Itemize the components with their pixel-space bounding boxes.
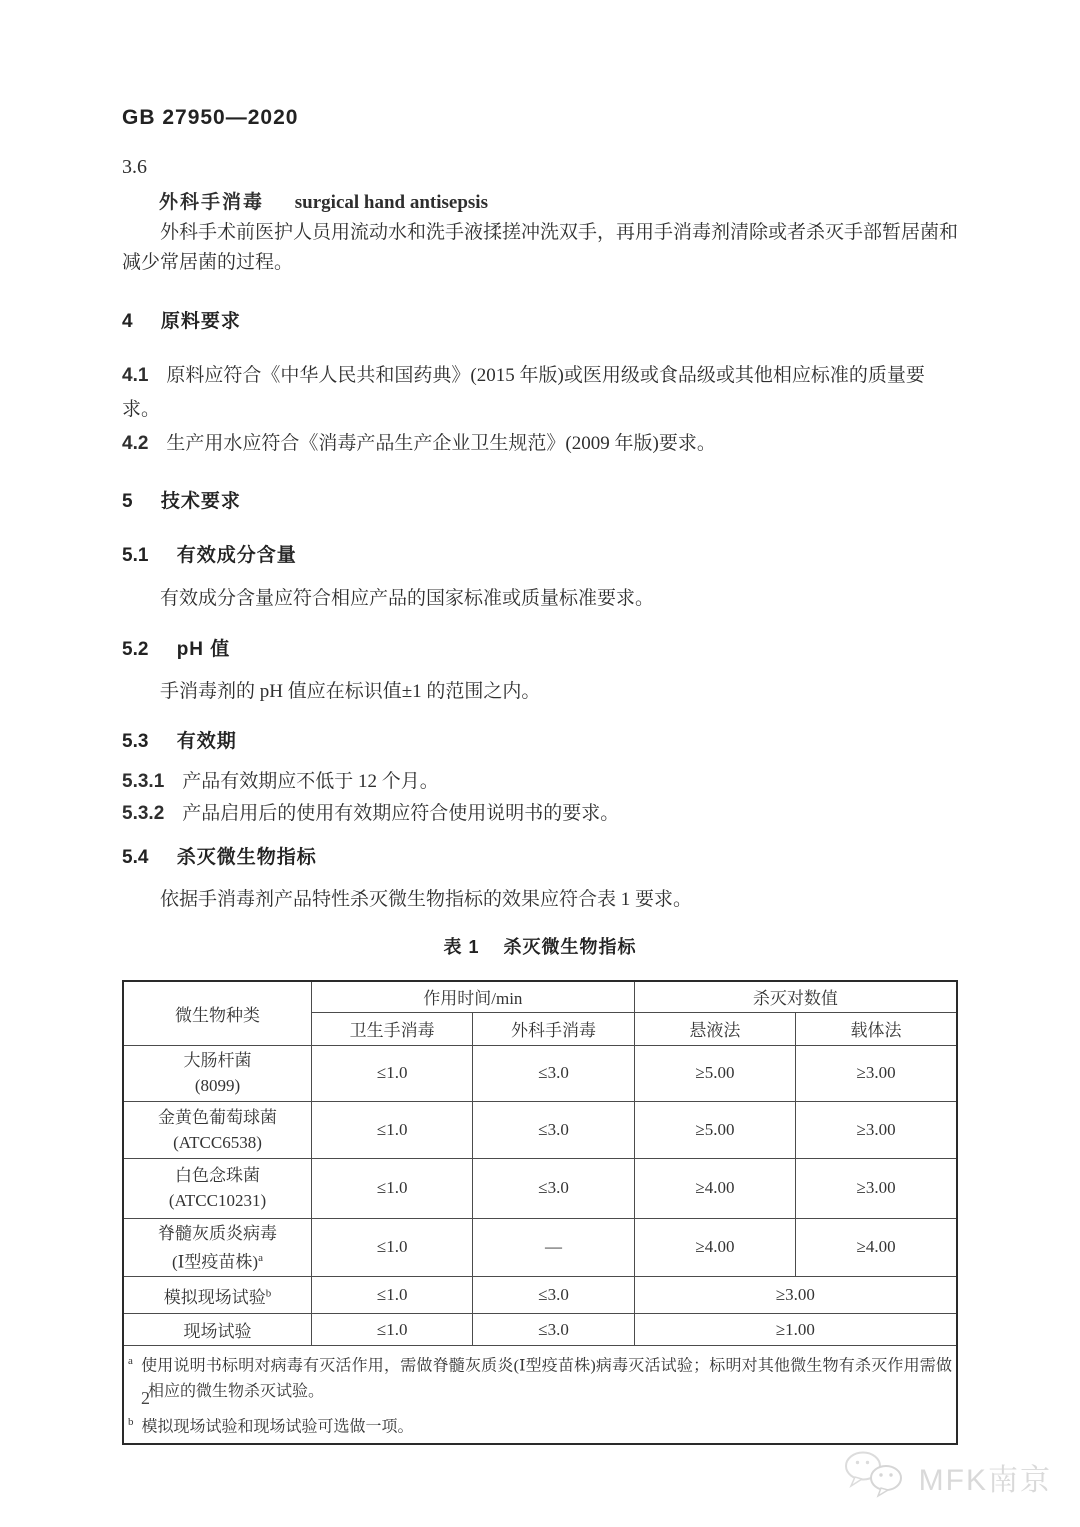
- page-content: GB 27950—2020 3.6 外科手消毒 surgical hand an…: [0, 0, 1080, 1445]
- section-5-4-title: 杀灭微生物指标: [177, 847, 317, 868]
- col-group-action-time: 作用时间/min: [311, 981, 634, 1012]
- footnote-marker-a-ref: a: [258, 1252, 263, 1264]
- table-row: 白色念珠菌 (ATCC10231) ≤1.0 ≤3.0 ≥4.00 ≥3.00: [123, 1158, 957, 1218]
- clause-4-2-number: 4.2: [122, 433, 148, 454]
- term-chinese: 外科手消毒: [159, 192, 264, 213]
- col-header-hygienic: 卫生手消毒: [311, 1012, 472, 1045]
- test-simulated-field: 模拟现场试验b: [123, 1277, 311, 1314]
- section-4-title: 原料要求: [161, 311, 241, 332]
- term-definition-text: 外科手术前医护人员用流动水和洗手液揉搓冲洗双手，再用手消毒剂清除或者杀灭手部暂居…: [122, 218, 958, 278]
- clause-5-3-1-text: 产品有效期应不低于 12 个月。: [182, 771, 439, 792]
- table-footnote-row: a使用说明书标明对病毒有灭活作用，需做脊髓灰质炎(Ⅰ型疫苗株)病毒灭活试验；标明…: [123, 1346, 957, 1444]
- section-5-number: 5: [122, 491, 133, 512]
- table-row: 模拟现场试验b ≤1.0 ≤3.0 ≥3.00: [123, 1277, 957, 1314]
- dash-cell: —: [473, 1218, 634, 1277]
- section-5-3-title: 有效期: [177, 731, 237, 752]
- table-footnotes: a使用说明书标明对病毒有灭活作用，需做脊髓灰质炎(Ⅰ型疫苗株)病毒灭活试验；标明…: [123, 1346, 957, 1444]
- clause-4-1-number: 4.1: [122, 365, 148, 386]
- clause-5-3-2-text: 产品启用后的使用有效期应符合使用说明书的要求。: [182, 803, 619, 824]
- table-1-caption-title: 杀灭微生物指标: [504, 937, 637, 957]
- footnote-b-marker: b: [128, 1416, 134, 1428]
- section-5-3-heading: 5.3 有效期: [122, 726, 958, 753]
- term-definition-heading: 外科手消毒 surgical hand antisepsis: [122, 187, 958, 214]
- section-5-2-number: 5.2: [122, 639, 148, 660]
- section-5-2-body: 手消毒剂的 pH 值应在标识值±1 的范围之内。: [122, 677, 958, 707]
- section-5-4-body: 依据手消毒剂产品特性杀灭微生物指标的效果应符合表 1 要求。: [122, 885, 958, 915]
- species-candida-albicans: 白色念珠菌 (ATCC10231): [123, 1158, 311, 1218]
- section-5-2-heading: 5.2 pH 值: [122, 634, 958, 661]
- clause-5-3-1-number: 5.3.1: [122, 771, 164, 792]
- section-5-1-title: 有效成分含量: [177, 545, 297, 566]
- clause-4-2-text: 生产用水应符合《消毒产品生产企业卫生规范》(2009 年版)要求。: [166, 433, 715, 454]
- test-field: 现场试验: [123, 1314, 311, 1346]
- table-row: 金黄色葡萄球菌 (ATCC6538) ≤1.0 ≤3.0 ≥5.00 ≥3.00: [123, 1101, 957, 1158]
- footnote-a-marker: a: [128, 1355, 133, 1367]
- clause-5-3-2-number: 5.3.2: [122, 803, 164, 824]
- section-5-4-number: 5.4: [122, 847, 148, 868]
- footnote-a-text: 使用说明书标明对病毒有灭活作用，需做脊髓灰质炎(Ⅰ型疫苗株)病毒灭活试验；标明对…: [141, 1357, 952, 1400]
- species-poliovirus: 脊髓灰质炎病毒 (Ⅰ型疫苗株)a: [123, 1218, 311, 1277]
- section-4-number: 4: [122, 311, 133, 332]
- section-5-3-number: 5.3: [122, 731, 148, 752]
- document-page: GB 27950—2020 3.6 外科手消毒 surgical hand an…: [0, 0, 1080, 1527]
- footnote-b-text: 模拟现场试验和现场试验可选做一项。: [142, 1419, 414, 1436]
- wechat-bubbles-icon: [841, 1448, 913, 1505]
- col-header-carrier: 载体法: [796, 1012, 957, 1045]
- page-number: 2: [141, 1388, 150, 1409]
- col-header-suspension: 悬液法: [634, 1012, 795, 1045]
- section-5-heading: 5 技术要求: [122, 486, 958, 513]
- clause-4-2: 4.2生产用水应符合《消毒产品生产企业卫生规范》(2009 年版)要求。: [122, 427, 958, 461]
- table-1-caption-label: 表 1: [443, 937, 479, 957]
- clause-4-1-text: 原料应符合《中华人民共和国药典》(2015 年版)或医用级或食品级或其他相应标准…: [122, 365, 925, 420]
- footnote-a: a使用说明书标明对病毒有灭活作用，需做脊髓灰质炎(Ⅰ型疫苗株)病毒灭活试验；标明…: [128, 1348, 952, 1405]
- species-staph-aureus: 金黄色葡萄球菌 (ATCC6538): [123, 1101, 311, 1158]
- footnote-marker-b-ref: b: [266, 1287, 272, 1299]
- term-english: surgical hand antisepsis: [295, 192, 488, 213]
- footnote-b: b模拟现场试验和现场试验可选做一项。: [128, 1409, 952, 1440]
- section-5-1-number: 5.1: [122, 545, 148, 566]
- section-5-2-title: pH 值: [177, 639, 231, 660]
- section-4-heading: 4 原料要求: [122, 306, 958, 333]
- table-row: 大肠杆菌 (8099) ≤1.0 ≤3.0 ≥5.00 ≥3.00: [123, 1045, 957, 1101]
- section-5-1-heading: 5.1 有效成分含量: [122, 540, 958, 567]
- microbe-kill-spec-table: 微生物种类 作用时间/min 杀灭对数值 卫生手消毒 外科手消毒 悬液法 载体法…: [122, 980, 958, 1445]
- watermark-text: MFK南京: [919, 1455, 1052, 1499]
- clause-4-1: 4.1原料应符合《中华人民共和国药典》(2015 年版)或医用级或食品级或其他相…: [122, 359, 958, 427]
- clause-5-3-1: 5.3.1产品有效期应不低于 12 个月。: [122, 766, 958, 798]
- watermark: MFK南京: [841, 1448, 1052, 1505]
- section-5-1-body: 有效成分含量应符合相应产品的国家标准或质量标准要求。: [122, 584, 958, 614]
- col-group-kill-log: 杀灭对数值: [634, 981, 957, 1012]
- clause-5-3-2: 5.3.2产品启用后的使用有效期应符合使用说明书的要求。: [122, 798, 958, 830]
- col-header-surgical: 外科手消毒: [473, 1012, 634, 1045]
- clause-3-6-number: 3.6: [122, 156, 958, 179]
- section-5-title: 技术要求: [161, 491, 241, 512]
- table-row: 脊髓灰质炎病毒 (Ⅰ型疫苗株)a ≤1.0 — ≥4.00 ≥4.00: [123, 1218, 957, 1277]
- section-5-4-heading: 5.4 杀灭微生物指标: [122, 842, 958, 869]
- standard-number: GB 27950—2020: [122, 106, 958, 130]
- table-row: 现场试验 ≤1.0 ≤3.0 ≥1.00: [123, 1314, 957, 1346]
- col-header-species: 微生物种类: [123, 981, 311, 1045]
- species-ecoli: 大肠杆菌 (8099): [123, 1045, 311, 1101]
- table-1-caption: 表 1杀灭微生物指标: [122, 933, 958, 959]
